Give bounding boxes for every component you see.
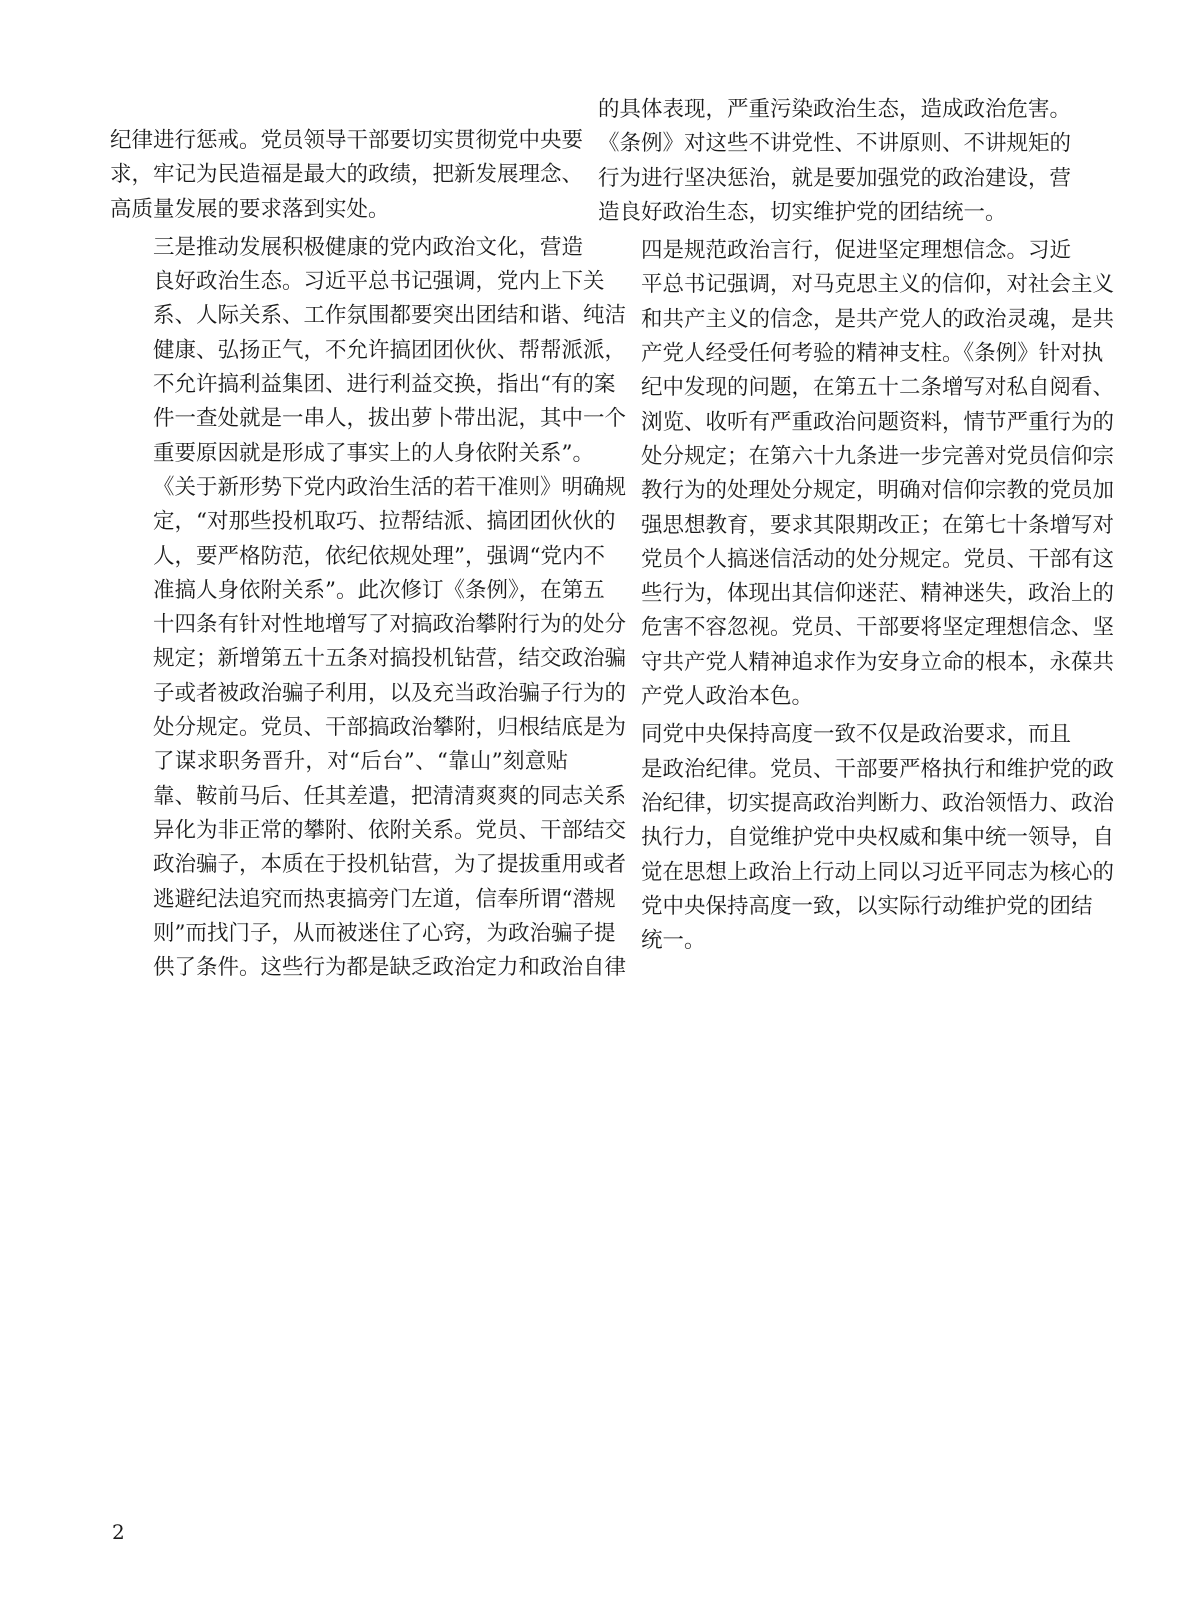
text-line: 产党人政治本色。 xyxy=(598,680,1056,714)
text-line: 异化为非正常的攀附、依附关系。党员、干部结交 xyxy=(110,814,568,848)
text-line: 统一。 xyxy=(598,924,1056,958)
text-line: 执行力，自觉维护党中央权威和集中统一领导，自 xyxy=(598,821,1056,855)
text-line: 强思想教育，要求其限期改正；在第七十条增写对 xyxy=(598,509,1056,543)
text-line: 处分规定；在第六十九条进一步完善对党员信仰宗 xyxy=(598,440,1056,474)
text-line: 党中央保持高度一致，以实际行动维护党的团结 xyxy=(598,890,1056,924)
text-line: 平总书记强调，对马克思主义的信仰，对社会主义 xyxy=(598,268,1056,302)
text-line: 准搞人身依附关系”。此次修订《条例》，在第五 xyxy=(110,574,568,608)
text-line: 和共产主义的信念，是共产党人的政治灵魂，是共 xyxy=(598,303,1056,337)
text-line: 《关于新形势下党内政治生活的若干准则》明确规 xyxy=(110,471,568,505)
paragraph: 三是推动发展积极健康的党内政治文化，营造良好政治生态。习近平总书记强调，党内上下… xyxy=(110,231,568,986)
text-line: 守共产党人精神追求作为安身立命的根本，永葆共 xyxy=(598,646,1056,680)
text-line: 教行为的处理处分规定，明确对信仰宗教的党员加 xyxy=(598,474,1056,508)
text-line: 健康、弘扬正气，不允许搞团团伙伙、帮帮派派， xyxy=(110,334,568,368)
text-line: 行为进行坚决惩治，就是要加强党的政治建设，营 xyxy=(598,162,1056,196)
text-line: 处分规定。党员、干部搞政治攀附，归根结底是为 xyxy=(110,711,568,745)
text-line: 子或者被政治骗子利用，以及充当政治骗子行为的 xyxy=(110,677,568,711)
text-line: 治纪律，切实提高政治判断力、政治领悟力、政治 xyxy=(598,787,1056,821)
text-line: 了谋求职务晋升，对“后台”、“靠山”刻意贴 xyxy=(110,745,568,779)
text-line: 不允许搞利益集团、进行利益交换，指出“有的案 xyxy=(110,368,568,402)
text-line: 三是推动发展积极健康的党内政治文化，营造 xyxy=(110,231,568,265)
text-line: 同党中央保持高度一致不仅是政治要求，而且 xyxy=(598,718,1056,752)
text-line: 造良好政治生态，切实维护党的团结统一。 xyxy=(598,196,1056,230)
text-line: 党员个人搞迷信活动的处分规定。党员、干部有这 xyxy=(598,543,1056,577)
text-line: 是政治纪律。党员、干部要严格执行和维护党的政 xyxy=(598,753,1056,787)
text-line: 十四条有针对性地增写了对搞政治攀附行为的处分 xyxy=(110,608,568,642)
text-line: 供了条件。这些行为都是缺乏政治定力和政治自律 xyxy=(110,951,568,985)
text-line: 系、人际关系、工作氛围都要突出团结和谐、纯洁 xyxy=(110,299,568,333)
text-line: 产党人经受任何考验的精神支柱。《条例》针对执 xyxy=(598,337,1056,371)
text-line: 纪律进行惩戒。党员领导干部要切实贯彻党中央要 xyxy=(110,124,568,158)
paragraph: 同党中央保持高度一致不仅是政治要求，而且是政治纪律。党员、干部要严格执行和维护党… xyxy=(598,718,1056,958)
text-line: 的具体表现，严重污染政治生态，造成政治危害。 xyxy=(598,93,1056,127)
paragraph: 纪律进行惩戒。党员领导干部要切实贯彻党中央要求，牢记为民造福是最大的政绩，把新发… xyxy=(110,124,568,227)
text-line: 人，要严格防范，依纪依规处理”，强调“党内不 xyxy=(110,540,568,574)
text-line: 逃避纪法追究而热衷搞旁门左道，信奉所谓“潜规 xyxy=(110,883,568,917)
text-line: 规定；新增第五十五条对搞投机钻营，结交政治骗 xyxy=(110,642,568,676)
text-line: 纪中发现的问题，在第五十二条增写对私自阅看、 xyxy=(598,371,1056,405)
text-line: 《条例》对这些不讲党性、不讲原则、不讲规矩的 xyxy=(598,127,1056,161)
text-line: 些行为，体现出其信仰迷茫、精神迷失，政治上的 xyxy=(598,577,1056,611)
text-line: 靠、鞍前马后、任其差遣，把清清爽爽的同志关系 xyxy=(110,780,568,814)
text-line: 浏览、收听有严重政治问题资料，情节严重行为的 xyxy=(598,406,1056,440)
text-line: 危害不容忽视。党员、干部要将坚定理想信念、坚 xyxy=(598,611,1056,645)
text-line: 重要原因就是形成了事实上的人身依附关系”。 xyxy=(110,437,568,471)
text-line: 良好政治生态。习近平总书记强调，党内上下关 xyxy=(110,265,568,299)
text-line: 高质量发展的要求落到实处。 xyxy=(110,193,568,227)
text-line: 求，牢记为民造福是最大的政绩，把新发展理念、 xyxy=(110,158,568,192)
page-number: 2 xyxy=(112,1520,125,1544)
text-line: 则”而找门子，从而被迷住了心窍，为政治骗子提 xyxy=(110,917,568,951)
text-line: 政治骗子，本质在于投机钻营，为了提拔重用或者 xyxy=(110,848,568,882)
paragraph: 四是规范政治言行，促进坚定理想信念。习近平总书记强调，对马克思主义的信仰，对社会… xyxy=(598,234,1056,714)
left-column: 纪律进行惩戒。党员领导干部要切实贯彻党中央要求，牢记为民造福是最大的政绩，把新发… xyxy=(110,124,568,989)
text-line: 件一查处就是一串人，拔出萝卜带出泥，其中一个 xyxy=(110,402,568,436)
text-line: 四是规范政治言行，促进坚定理想信念。习近 xyxy=(598,234,1056,268)
right-column: 的具体表现，严重污染政治生态，造成政治危害。《条例》对这些不讲党性、不讲原则、不… xyxy=(598,93,1056,962)
text-line: 定，“对那些投机取巧、拉帮结派、搞团团伙伙的 xyxy=(110,505,568,539)
text-line: 觉在思想上政治上行动上同以习近平同志为核心的 xyxy=(598,856,1056,890)
paragraph: 的具体表现，严重污染政治生态，造成政治危害。《条例》对这些不讲党性、不讲原则、不… xyxy=(598,93,1056,230)
